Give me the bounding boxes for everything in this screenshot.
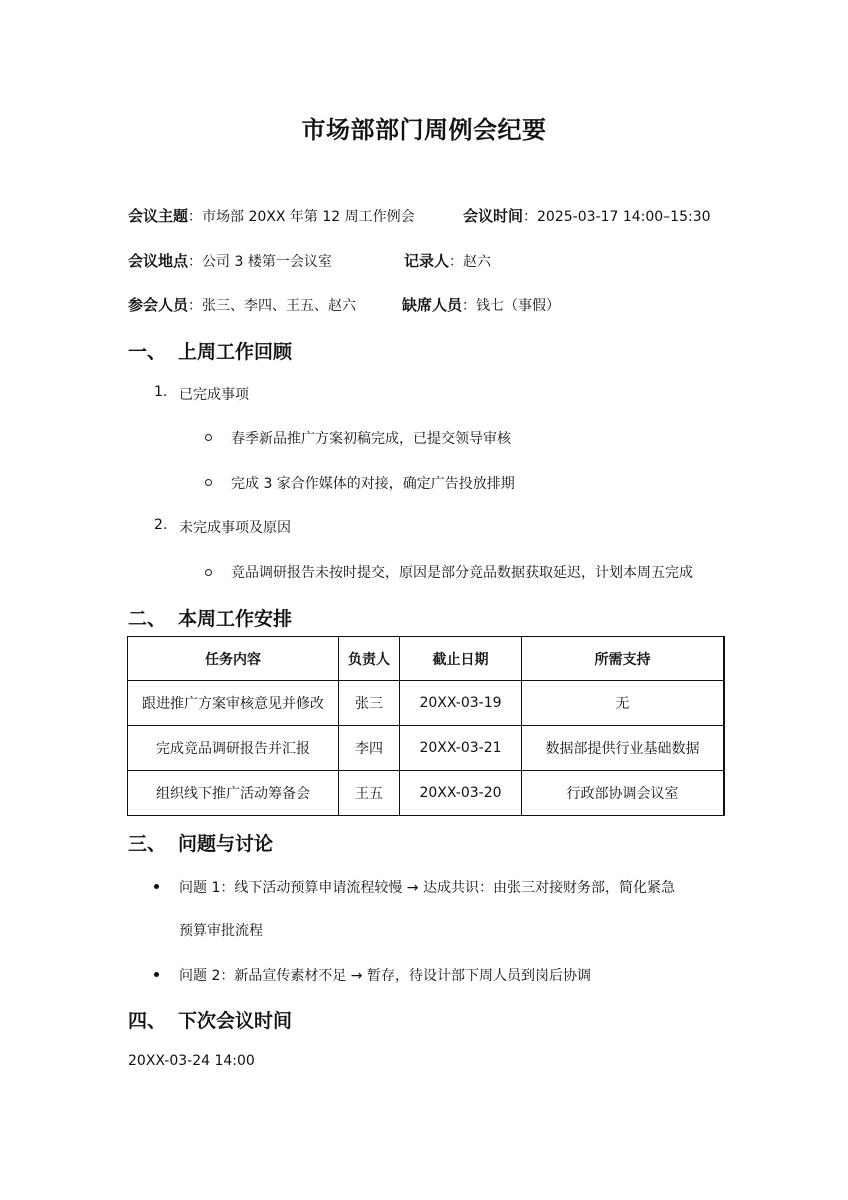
section-title: 下次会议时间 [178, 1010, 292, 1032]
work-plan-table: 任务内容 负责人 截止日期 所需支持 跟进推广方案审核意见并修改 张三 20XX… [127, 636, 725, 816]
list-item-incomplete: 未完成事项及原因 [179, 517, 291, 537]
table-cell: 20XX-03-19 [400, 681, 522, 726]
table-cell: 20XX-03-20 [400, 771, 522, 816]
meta-value: 张三、李四、王五、赵六 [202, 298, 356, 314]
list-number: 2. [154, 517, 167, 533]
meta-colon: ： [449, 254, 463, 270]
table-header-row: 任务内容 负责人 截止日期 所需支持 [128, 637, 725, 681]
meta-value: 钱七（事假） [476, 298, 560, 314]
circle-bullet-icon [205, 479, 212, 486]
issue-item-continuation: 预算审批流程 [179, 920, 263, 940]
section-title: 上周工作回顾 [178, 341, 292, 363]
sub-list-item: 竞品调研报告未按时提交，原因是部分竞品数据获取延迟，计划本周五完成 [231, 562, 693, 582]
meta-label: 会议地点 [128, 252, 188, 270]
bullet-icon [154, 972, 159, 977]
section-title: 问题与讨论 [178, 833, 273, 855]
meta-colon: ： [188, 298, 202, 314]
table-cell: 组织线下推广活动筹备会 [128, 771, 339, 816]
issue-item: 问题 2：新品宣传素材不足 → 暂存，待设计部下周人员到岗后协调 [179, 965, 591, 985]
section-title: 本周工作安排 [178, 608, 292, 630]
meta-label: 缺席人员 [402, 296, 462, 314]
meta-colon: ： [188, 209, 202, 225]
meta-value: 公司 3 楼第一会议室 [202, 254, 332, 270]
table-cell: 完成竞品调研报告并汇报 [128, 726, 339, 771]
meta-topic: 会议主题：市场部 20XX 年第 12 周工作例会 [128, 205, 415, 226]
list-number: 1. [154, 384, 167, 400]
meta-label: 记录人 [404, 252, 449, 270]
table-cell: 数据部提供行业基础数据 [522, 726, 725, 771]
circle-bullet-icon [205, 569, 212, 576]
next-meeting-time: 20XX-03-24 14:00 [128, 1053, 255, 1069]
table-cell: 无 [522, 681, 725, 726]
meta-colon: ： [188, 254, 202, 270]
meta-value: 市场部 20XX 年第 12 周工作例会 [202, 209, 415, 225]
section-heading-plan: 二、本周工作安排 [128, 604, 292, 631]
sub-list-item: 完成 3 家合作媒体的对接，确定广告投放排期 [231, 473, 515, 493]
document-page: 市场部部门周例会纪要 会议主题：市场部 20XX 年第 12 周工作例会 会议时… [0, 0, 848, 1200]
circle-bullet-icon [205, 434, 212, 441]
section-heading-next-meeting: 四、下次会议时间 [128, 1006, 292, 1033]
meta-value: 2025-03-17 14:00–15:30 [537, 209, 711, 225]
meta-absentees: 缺席人员：钱七（事假） [402, 294, 560, 315]
table-cell: 李四 [339, 726, 400, 771]
table-header: 任务内容 [128, 637, 339, 681]
table-row: 跟进推广方案审核意见并修改 张三 20XX-03-19 无 [128, 681, 725, 726]
sub-list-item: 春季新品推广方案初稿完成，已提交领导审核 [231, 428, 511, 448]
table-cell: 20XX-03-21 [400, 726, 522, 771]
section-number: 二、 [128, 604, 178, 631]
section-number: 四、 [128, 1006, 178, 1033]
meta-attendees: 参会人员：张三、李四、王五、赵六 [128, 294, 356, 315]
table-header: 截止日期 [400, 637, 522, 681]
section-heading-review: 一、上周工作回顾 [128, 337, 292, 364]
meta-recorder: 记录人：赵六 [404, 250, 491, 271]
issue-item: 问题 1：线下活动预算申请流程较慢 → 达成共识：由张三对接财务部，简化紧急 [179, 877, 675, 897]
meta-colon: ： [523, 209, 537, 225]
table-cell: 王五 [339, 771, 400, 816]
section-number: 三、 [128, 829, 178, 856]
meta-value: 赵六 [463, 254, 491, 270]
meta-label: 会议时间 [463, 207, 523, 225]
section-number: 一、 [128, 337, 178, 364]
bullet-icon [154, 884, 159, 889]
table-row: 完成竞品调研报告并汇报 李四 20XX-03-21 数据部提供行业基础数据 [128, 726, 725, 771]
table-cell: 张三 [339, 681, 400, 726]
meta-label: 参会人员 [128, 296, 188, 314]
list-item-completed: 已完成事项 [179, 384, 249, 404]
table-cell: 行政部协调会议室 [522, 771, 725, 816]
meta-label: 会议主题 [128, 207, 188, 225]
meta-colon: ： [462, 298, 476, 314]
table-header: 负责人 [339, 637, 400, 681]
meta-time: 会议时间：2025-03-17 14:00–15:30 [463, 205, 711, 226]
table-row: 组织线下推广活动筹备会 王五 20XX-03-20 行政部协调会议室 [128, 771, 725, 816]
table-header: 所需支持 [522, 637, 725, 681]
section-heading-issues: 三、问题与讨论 [128, 829, 273, 856]
meta-location: 会议地点：公司 3 楼第一会议室 [128, 250, 332, 271]
document-title: 市场部部门周例会纪要 [0, 110, 848, 145]
table-cell: 跟进推广方案审核意见并修改 [128, 681, 339, 726]
